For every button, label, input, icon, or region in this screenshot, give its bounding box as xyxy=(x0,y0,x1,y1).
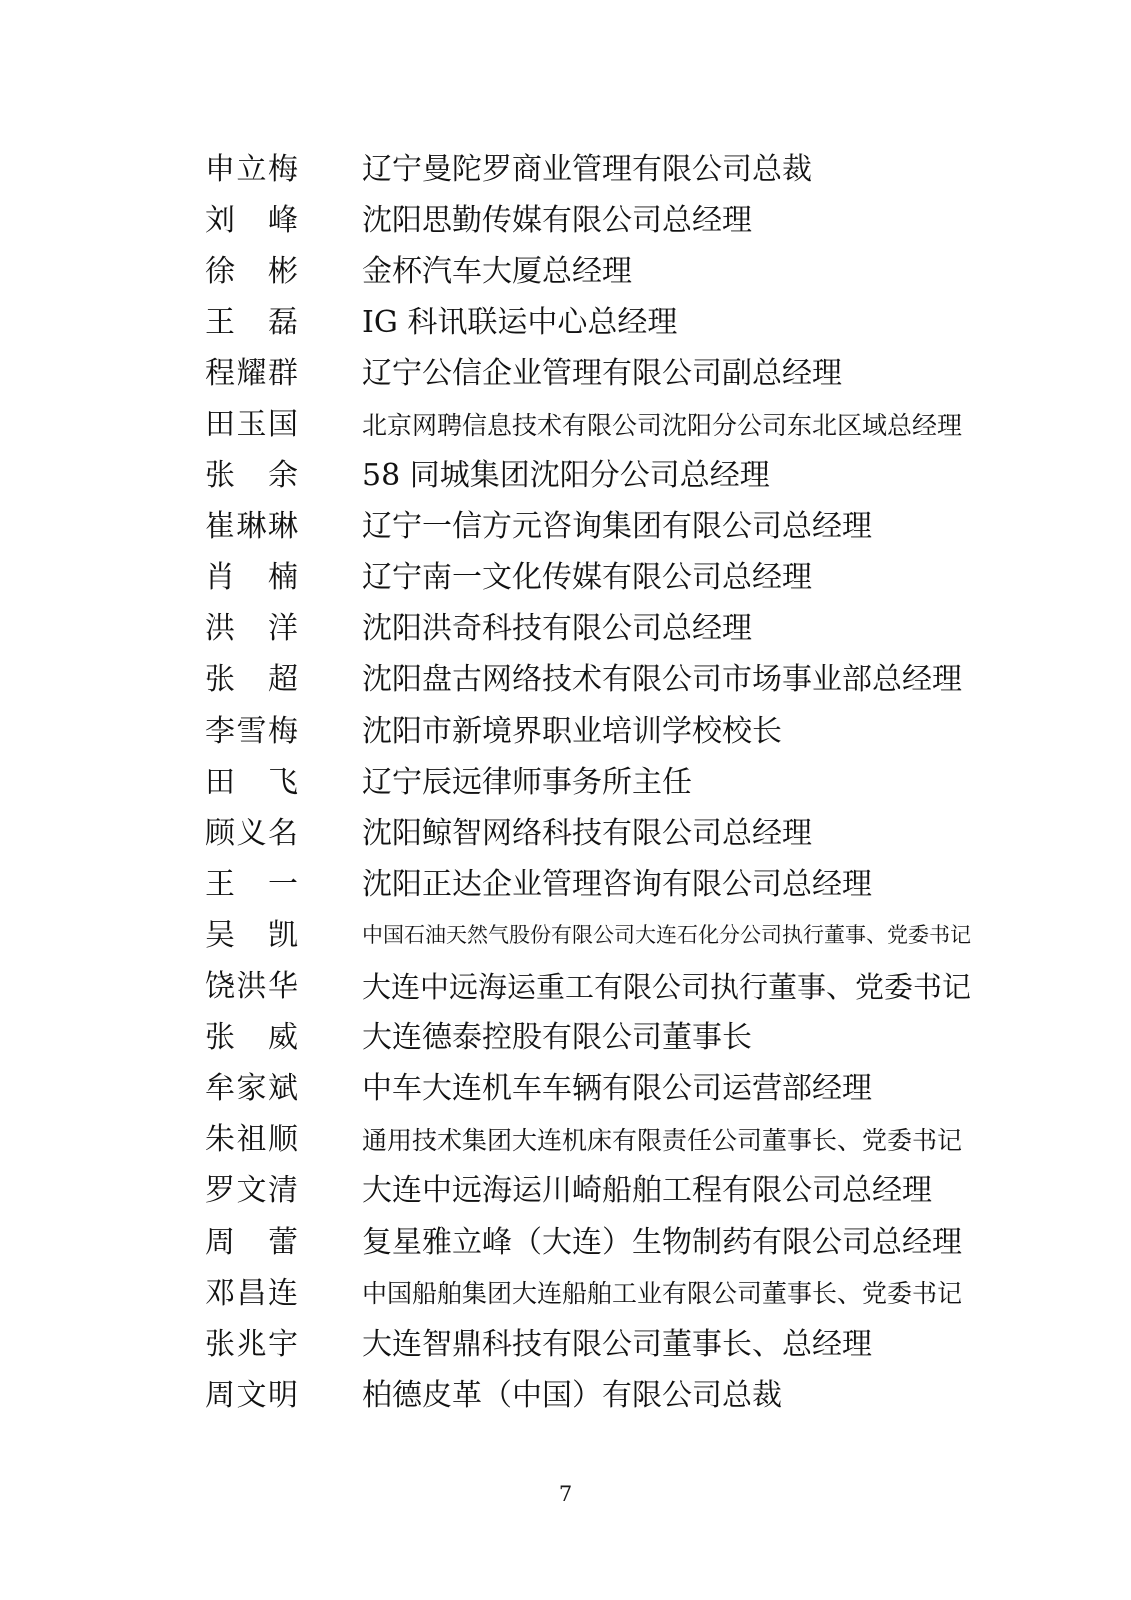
person-position: 大连中远海运重工有限公司执行董事、党委书记 xyxy=(362,973,971,1002)
roster-row: 徐 彬 金杯汽车大厦总经理 xyxy=(0,246,1131,297)
person-name: 徐 彬 xyxy=(205,257,298,287)
person-position: 沈阳鲸智网络科技有限公司总经理 xyxy=(362,819,812,849)
person-position: 北京网聘信息技术有限公司沈阳分公司东北区域总经理 xyxy=(362,413,962,438)
person-name: 田玉国 xyxy=(205,410,298,440)
person-position: 辽宁辰远律师事务所主任 xyxy=(362,768,692,798)
page-number: 7 xyxy=(0,1484,1131,1505)
roster-row: 张兆宇 大连智鼎科技有限公司董事长、总经理 xyxy=(0,1319,1131,1370)
roster-row: 刘 峰 沈阳思勤传媒有限公司总经理 xyxy=(0,195,1131,246)
person-position: 沈阳思勤传媒有限公司总经理 xyxy=(362,206,752,236)
roster-row: 牟家斌 中车大连机车车辆有限公司运营部经理 xyxy=(0,1064,1131,1115)
roster-row: 田玉国 北京网聘信息技术有限公司沈阳分公司东北区域总经理 xyxy=(0,399,1131,450)
roster-row: 肖 楠 辽宁南一文化传媒有限公司总经理 xyxy=(0,553,1131,604)
person-name: 程耀群 xyxy=(205,359,298,389)
roster-row: 周文明 柏德皮革（中国）有限公司总裁 xyxy=(0,1370,1131,1421)
person-name: 吴 凯 xyxy=(205,921,298,951)
person-name: 刘 峰 xyxy=(205,206,298,236)
roster-row: 饶洪华 大连中远海运重工有限公司执行董事、党委书记 xyxy=(0,962,1131,1013)
person-name: 肖 楠 xyxy=(205,563,298,593)
person-position: 辽宁一信方元咨询集团有限公司总经理 xyxy=(362,512,872,542)
person-name: 朱祖顺 xyxy=(205,1125,298,1155)
roster-row: 张 余 58 同城集团沈阳分公司总经理 xyxy=(0,451,1131,502)
roster-row: 朱祖顺 通用技术集团大连机床有限责任公司董事长、党委书记 xyxy=(0,1115,1131,1166)
person-name: 王 磊 xyxy=(205,308,298,338)
name-title-roster: 申立梅 辽宁曼陀罗商业管理有限公司总裁 刘 峰 沈阳思勤传媒有限公司总经理 徐 … xyxy=(0,144,1131,1421)
person-name: 饶洪华 xyxy=(205,972,298,1002)
roster-row: 周 蕾 复星雅立峰（大连）生物制药有限公司总经理 xyxy=(0,1217,1131,1268)
person-position: 金杯汽车大厦总经理 xyxy=(362,257,632,287)
person-name: 邓昌连 xyxy=(205,1279,298,1309)
person-position: 中国石油天然气股份有限公司大连石化分公司执行董事、党委书记 xyxy=(362,925,971,946)
person-name: 田 飞 xyxy=(205,768,298,798)
person-position: 中国船舶集团大连船舶工业有限公司董事长、党委书记 xyxy=(362,1281,962,1306)
person-position: 沈阳市新境界职业培训学校校长 xyxy=(362,717,782,747)
person-position: 通用技术集团大连机床有限责任公司董事长、党委书记 xyxy=(362,1128,962,1153)
document-page: 申立梅 辽宁曼陀罗商业管理有限公司总裁 刘 峰 沈阳思勤传媒有限公司总经理 徐 … xyxy=(0,0,1131,1600)
person-name: 张兆宇 xyxy=(205,1330,298,1360)
person-name: 周文明 xyxy=(205,1381,298,1411)
person-name: 张 余 xyxy=(205,461,298,491)
roster-row: 王 一 沈阳正达企业管理咨询有限公司总经理 xyxy=(0,859,1131,910)
roster-row: 申立梅 辽宁曼陀罗商业管理有限公司总裁 xyxy=(0,144,1131,195)
person-name: 周 蕾 xyxy=(205,1228,298,1258)
person-name: 申立梅 xyxy=(205,155,298,185)
person-name: 罗文清 xyxy=(205,1176,298,1206)
person-position: 复星雅立峰（大连）生物制药有限公司总经理 xyxy=(362,1228,962,1258)
person-name: 李雪梅 xyxy=(205,717,298,747)
person-position: 辽宁公信企业管理有限公司副总经理 xyxy=(362,359,842,389)
roster-row: 李雪梅 沈阳市新境界职业培训学校校长 xyxy=(0,706,1131,757)
person-position: 辽宁曼陀罗商业管理有限公司总裁 xyxy=(362,155,812,185)
roster-row: 罗文清 大连中远海运川崎船舶工程有限公司总经理 xyxy=(0,1166,1131,1217)
roster-row: 崔琳琳 辽宁一信方元咨询集团有限公司总经理 xyxy=(0,502,1131,553)
person-name: 崔琳琳 xyxy=(205,512,298,542)
person-position: 沈阳正达企业管理咨询有限公司总经理 xyxy=(362,870,872,900)
roster-row: 张 威 大连德泰控股有限公司董事长 xyxy=(0,1013,1131,1064)
roster-row: 程耀群 辽宁公信企业管理有限公司副总经理 xyxy=(0,348,1131,399)
person-position: IG 科讯联运中心总经理 xyxy=(362,308,677,338)
roster-row: 邓昌连 中国船舶集团大连船舶工业有限公司董事长、党委书记 xyxy=(0,1268,1131,1319)
person-name: 王 一 xyxy=(205,870,298,900)
person-name: 洪 洋 xyxy=(205,614,298,644)
person-position: 大连智鼎科技有限公司董事长、总经理 xyxy=(362,1330,872,1360)
person-position: 辽宁南一文化传媒有限公司总经理 xyxy=(362,563,812,593)
person-position: 大连德泰控股有限公司董事长 xyxy=(362,1023,752,1053)
roster-row: 顾义名 沈阳鲸智网络科技有限公司总经理 xyxy=(0,808,1131,859)
person-position: 柏德皮革（中国）有限公司总裁 xyxy=(362,1381,782,1411)
roster-row: 田 飞 辽宁辰远律师事务所主任 xyxy=(0,757,1131,808)
person-name: 张 超 xyxy=(205,665,298,695)
person-position: 大连中远海运川崎船舶工程有限公司总经理 xyxy=(362,1176,932,1206)
person-name: 顾义名 xyxy=(205,819,298,849)
person-position: 58 同城集团沈阳分公司总经理 xyxy=(362,461,770,491)
person-position: 沈阳盘古网络技术有限公司市场事业部总经理 xyxy=(362,665,962,695)
roster-row: 王 磊 IG 科讯联运中心总经理 xyxy=(0,297,1131,348)
person-name: 张 威 xyxy=(205,1023,298,1053)
person-name: 牟家斌 xyxy=(205,1074,298,1104)
person-position: 沈阳洪奇科技有限公司总经理 xyxy=(362,614,752,644)
roster-row: 洪 洋 沈阳洪奇科技有限公司总经理 xyxy=(0,604,1131,655)
roster-row: 吴 凯 中国石油天然气股份有限公司大连石化分公司执行董事、党委书记 xyxy=(0,910,1131,961)
roster-row: 张 超 沈阳盘古网络技术有限公司市场事业部总经理 xyxy=(0,655,1131,706)
person-position: 中车大连机车车辆有限公司运营部经理 xyxy=(362,1074,872,1104)
